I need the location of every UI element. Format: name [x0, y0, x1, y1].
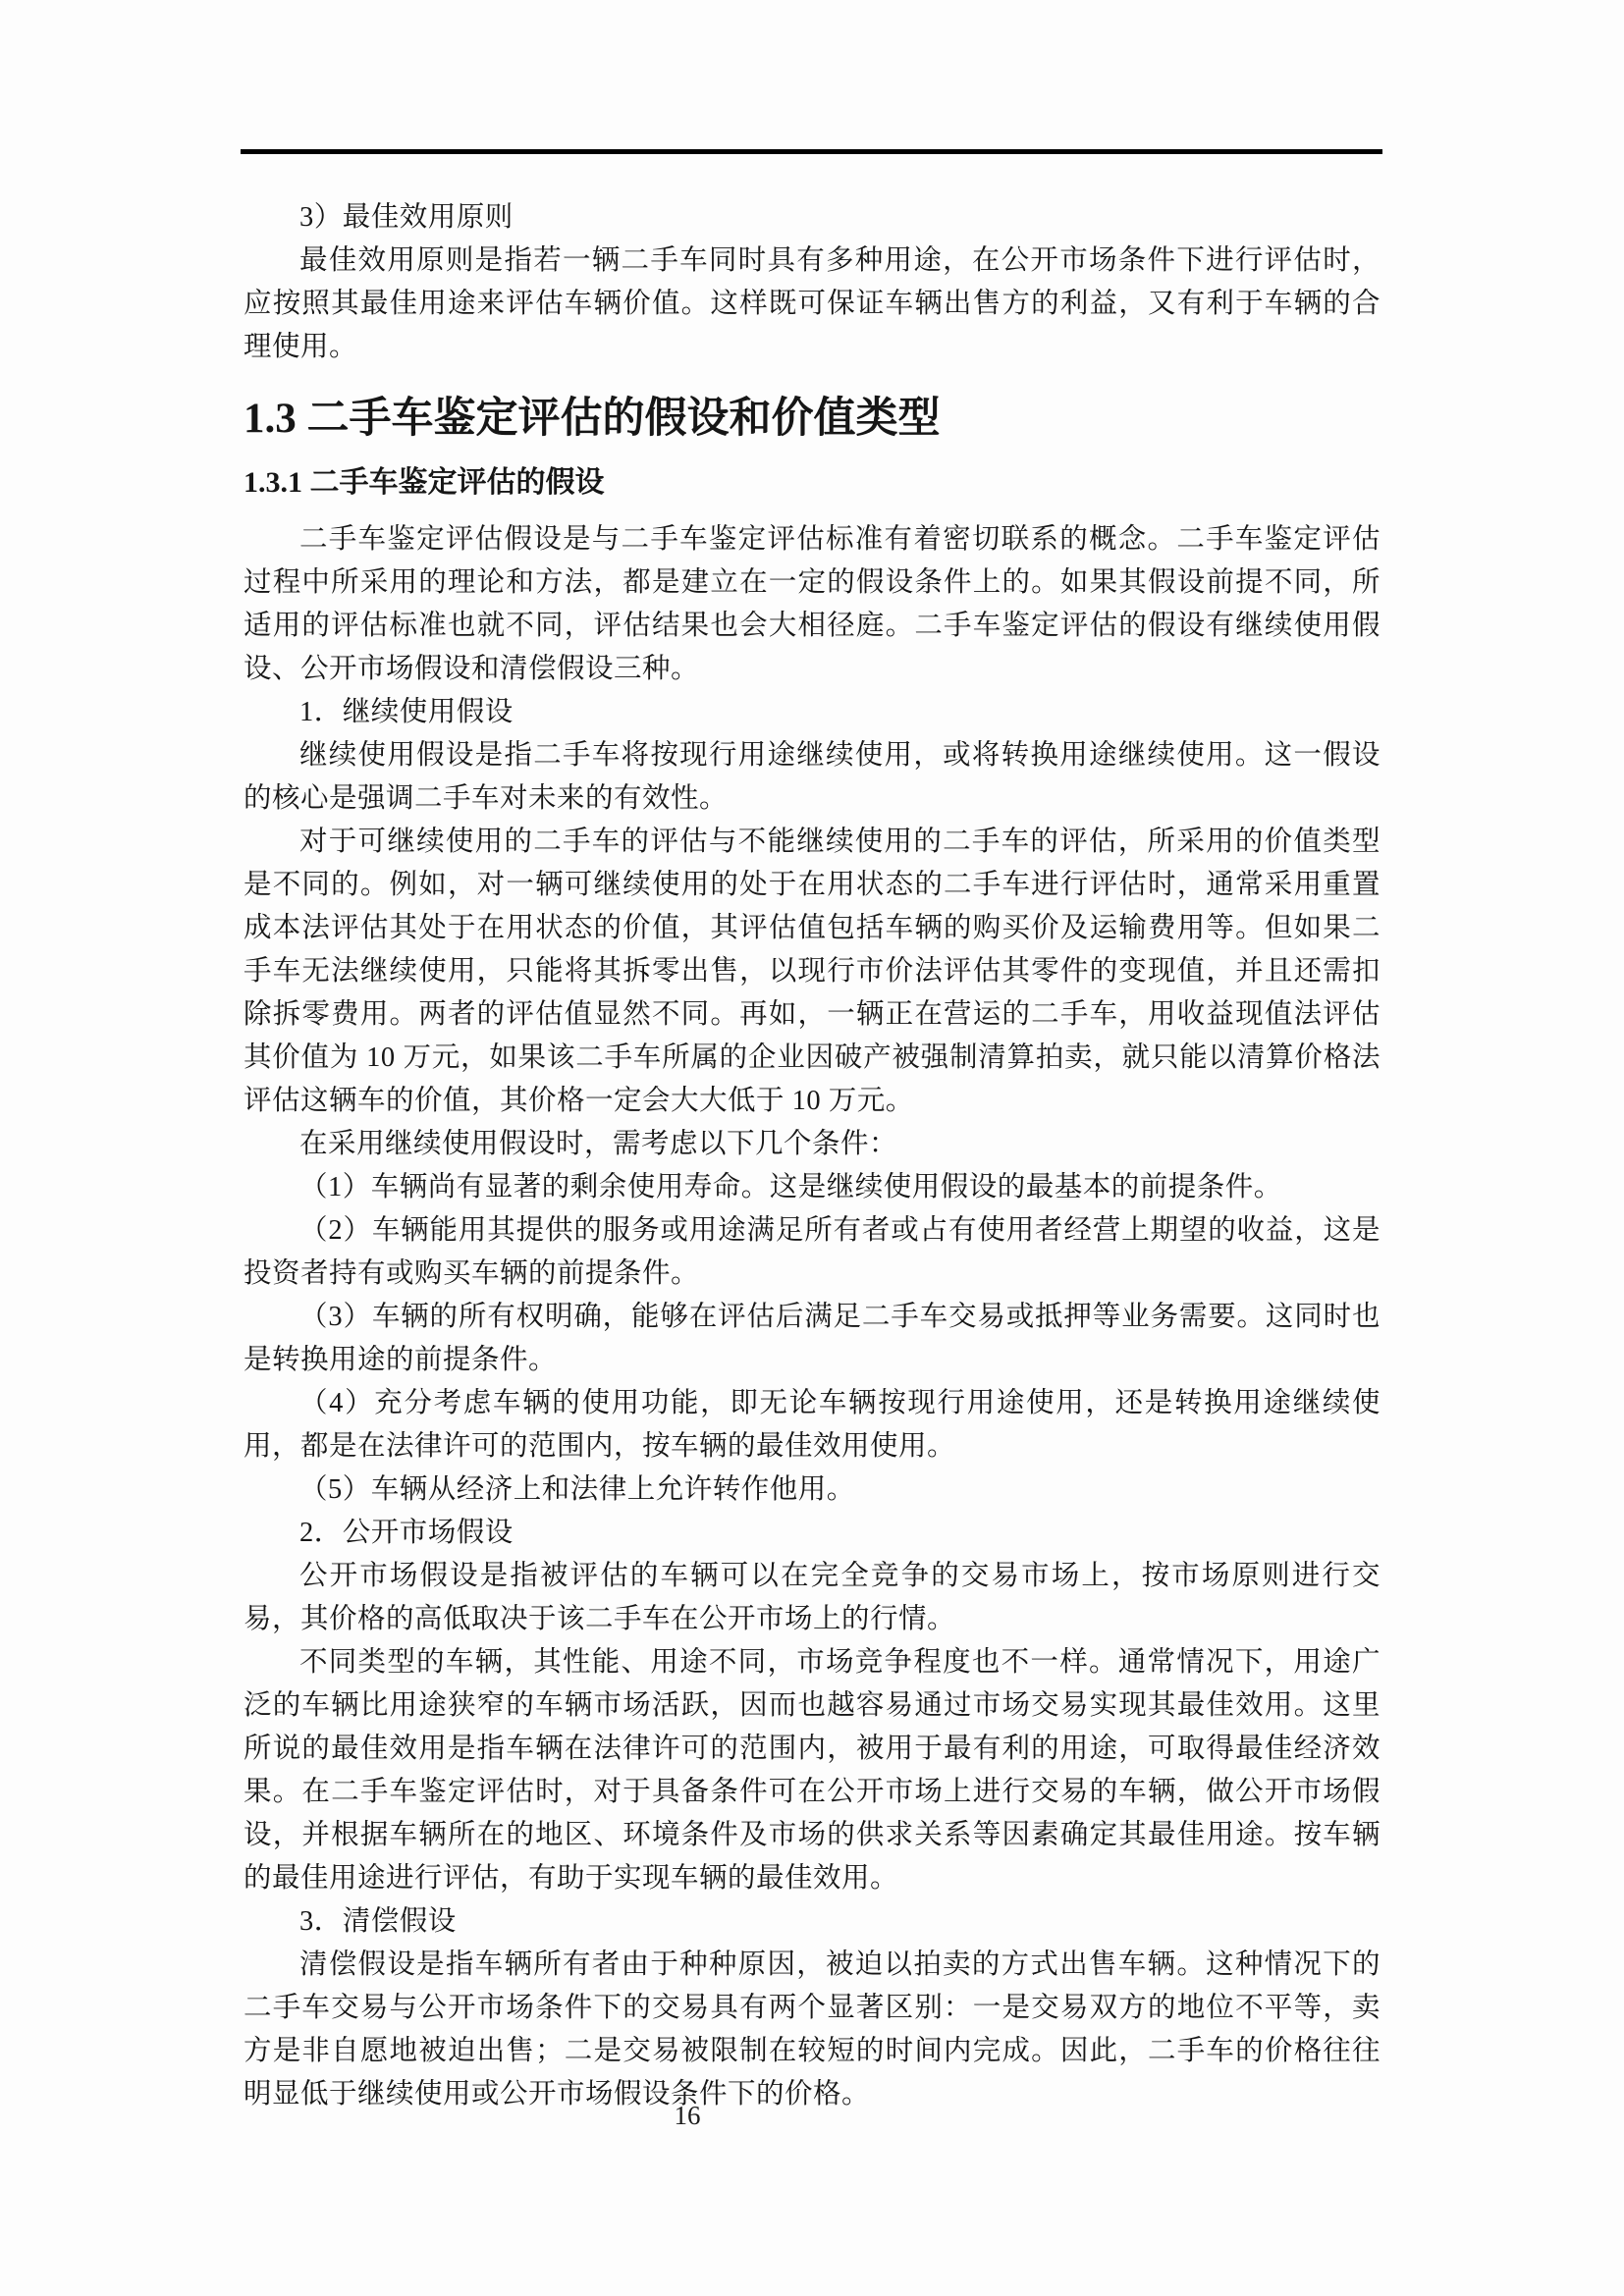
section-heading: 1.3 二手车鉴定评估的假设和价值类型 [244, 393, 1380, 446]
assumption-title-continued-use: 1．继续使用假设 [244, 691, 1380, 734]
paragraph: 继续使用假设是指二手车将按现行用途继续使用，或将转换用途继续使用。这一假设的核心… [244, 734, 1380, 821]
condition-item: （2）车辆能用其提供的服务或用途满足所有者或占有使用者经营上期望的收益，这是投资… [244, 1209, 1380, 1296]
condition-item: （3）车辆的所有权明确，能够在评估后满足二手车交易或抵押等业务需要。这同时也是转… [244, 1296, 1380, 1382]
subsection-heading: 1.3.1 二手车鉴定评估的假设 [244, 463, 1380, 503]
page-content: 3）最佳效用原则 最佳效用原则是指若一辆二手车同时具有多种用途，在公开市场条件下… [244, 196, 1380, 2116]
numbered-item-title: 3）最佳效用原则 [244, 196, 1380, 240]
condition-item: （1）车辆尚有显著的剩余使用寿命。这是继续使用假设的最基本的前提条件。 [244, 1166, 1380, 1209]
document-page: 3）最佳效用原则 最佳效用原则是指若一辆二手车同时具有多种用途，在公开市场条件下… [0, 0, 1624, 2296]
paragraph: 公开市场假设是指被评估的车辆可以在完全竞争的交易市场上，按市场原则进行交易，其价… [244, 1555, 1380, 1641]
paragraph: 在采用继续使用假设时，需考虑以下几个条件： [244, 1123, 1380, 1166]
header-rule [241, 149, 1382, 154]
assumption-title-open-market: 2．公开市场假设 [244, 1512, 1380, 1555]
paragraph: 最佳效用原则是指若一辆二手车同时具有多种用途，在公开市场条件下进行评估时，应按照… [244, 240, 1380, 369]
condition-item: （4）充分考虑车辆的使用功能，即无论车辆按现行用途使用，还是转换用途继续使用，都… [244, 1382, 1380, 1468]
paragraph: 二手车鉴定评估假设是与二手车鉴定评估标准有着密切联系的概念。二手车鉴定评估过程中… [244, 518, 1380, 691]
page-number: 16 [658, 2099, 717, 2132]
paragraph: 对于可继续使用的二手车的评估与不能继续使用的二手车的评估，所采用的价值类型是不同… [244, 821, 1380, 1123]
paragraph: 不同类型的车辆，其性能、用途不同，市场竞争程度也不一样。通常情况下，用途广泛的车… [244, 1641, 1380, 1900]
condition-item: （5）车辆从经济上和法律上允许转作他用。 [244, 1468, 1380, 1512]
assumption-title-liquidation: 3．清偿假设 [244, 1900, 1380, 1944]
paragraph: 清偿假设是指车辆所有者由于种种原因，被迫以拍卖的方式出售车辆。这种情况下的二手车… [244, 1944, 1380, 2116]
